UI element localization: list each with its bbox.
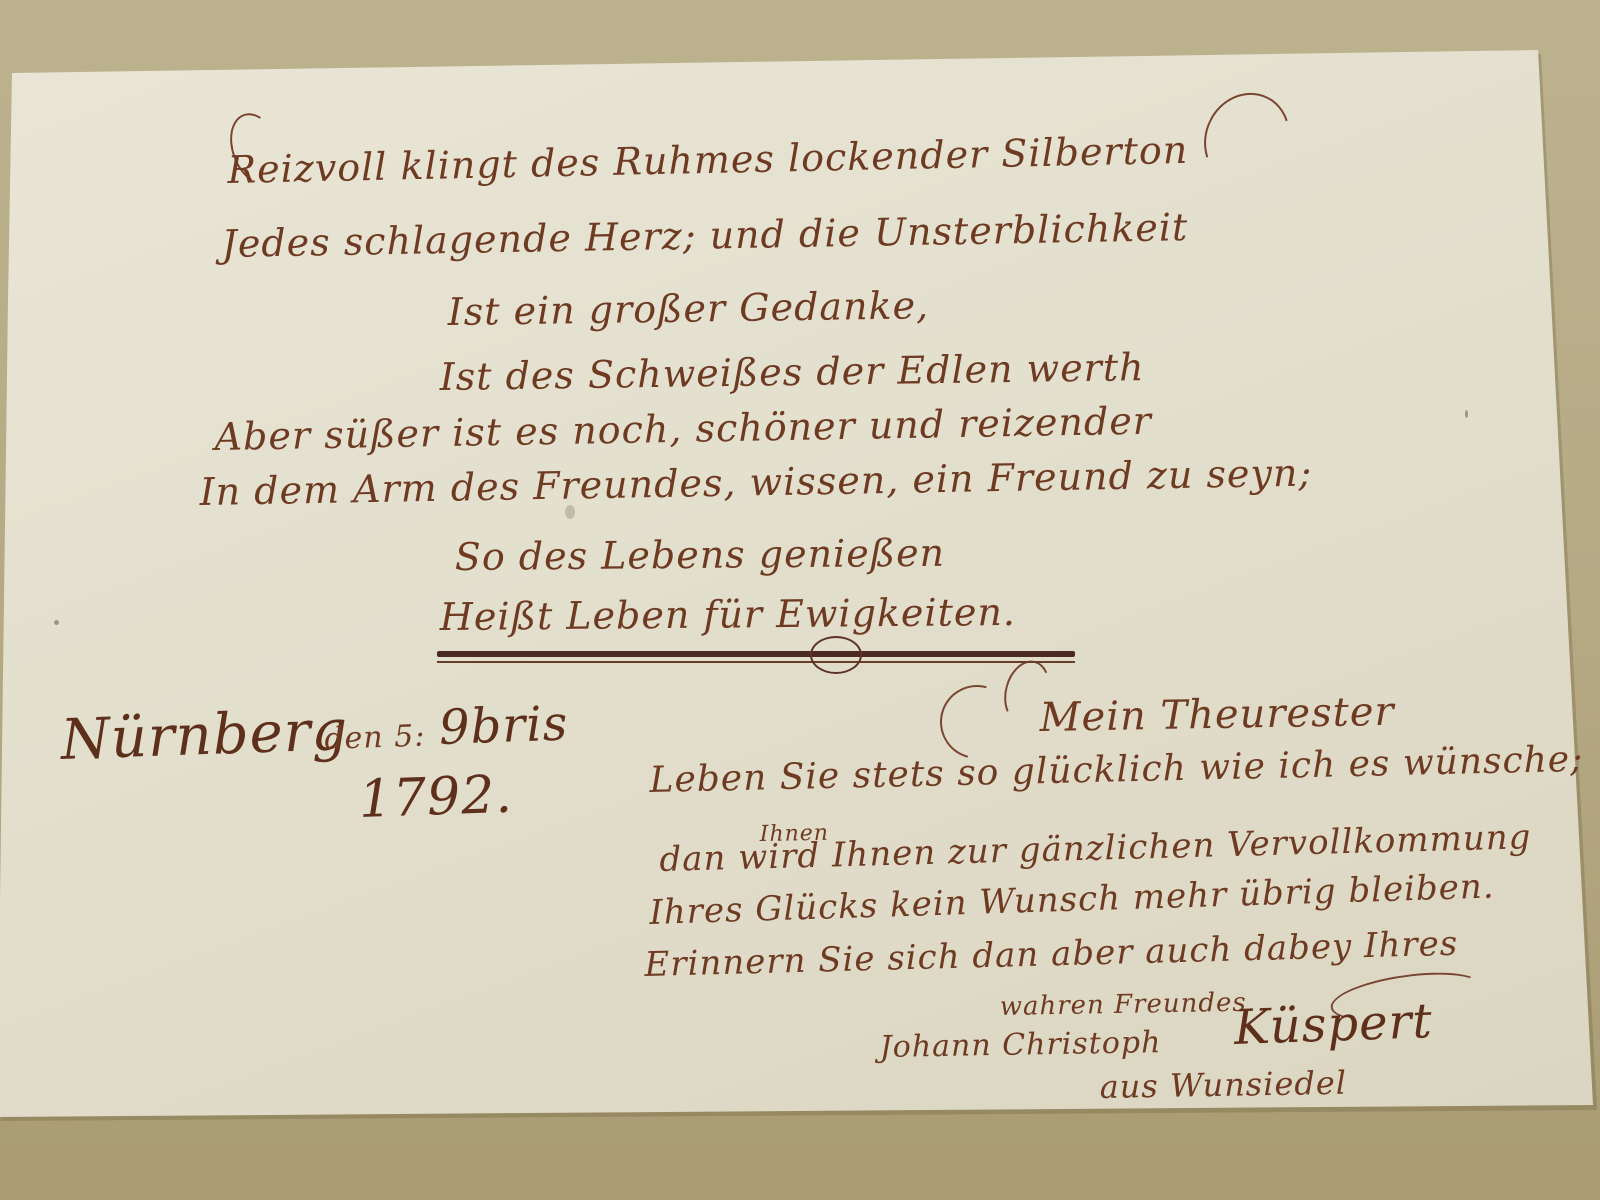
paper-speck (1465, 410, 1468, 418)
paper-speck (54, 620, 59, 625)
date-year: 1792. (358, 765, 514, 830)
poem-line: So des Lebens genießen (455, 531, 946, 579)
signature-origin: aus Wunsiedel (1099, 1064, 1347, 1106)
poem-line: Heißt Leben für Ewigkeiten. (440, 590, 1016, 639)
salutation: Mein Theurester (1039, 689, 1395, 741)
signature-surname: Küspert (1233, 993, 1434, 1056)
divider-rule (437, 651, 1075, 657)
divider-rule-thin (437, 661, 1075, 663)
date-day: den 5: (324, 718, 426, 757)
signature-given-name: Johann Christoph (879, 1025, 1161, 1065)
divider-swash (810, 636, 862, 674)
poem-line: Ist ein großer Gedanke, (447, 283, 929, 334)
date-month: 9bris (438, 696, 569, 756)
place: Nürnberg (60, 698, 350, 773)
closing: wahren Freundes (999, 988, 1247, 1022)
